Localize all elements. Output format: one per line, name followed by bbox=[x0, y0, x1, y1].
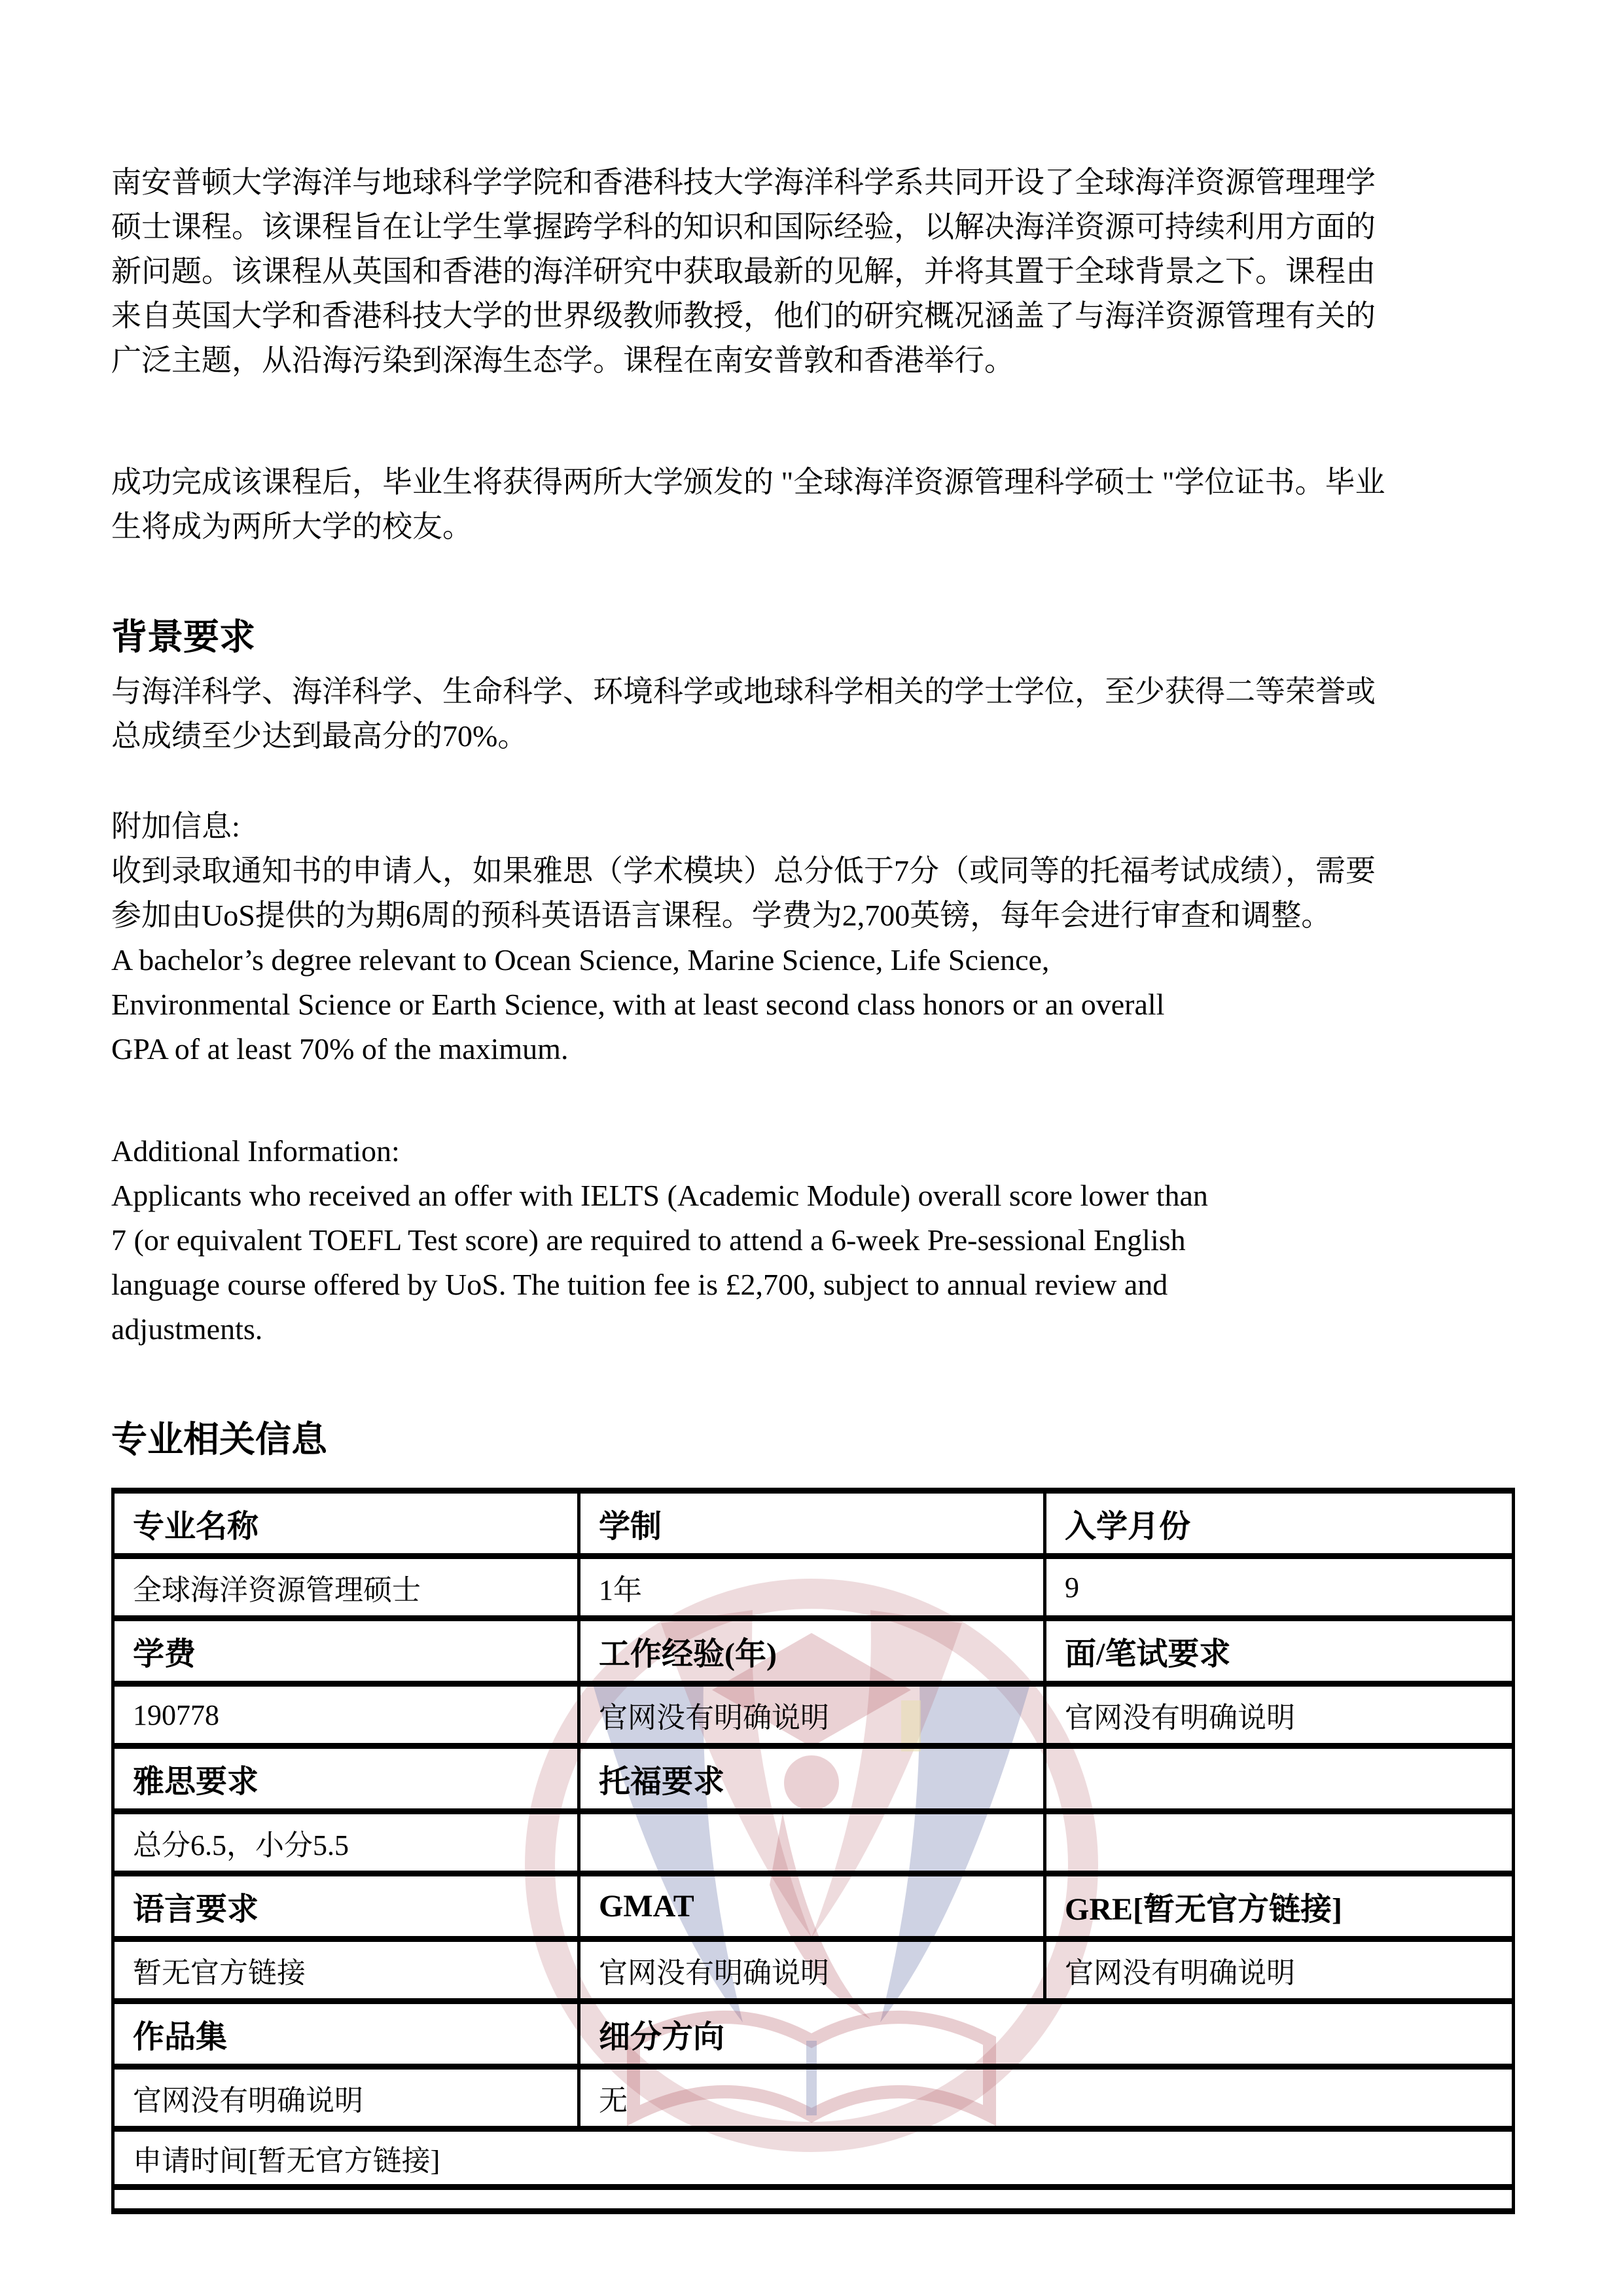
text-line: language course offered by UoS. The tuit… bbox=[111, 1263, 1512, 1307]
text-line: 总成绩至少达到最高分的70%。 bbox=[111, 714, 1512, 759]
table-header-cell-work-experience: 工作经验(年) bbox=[579, 1619, 1045, 1684]
background-requirements-paragraph: 与海洋科学、海洋科学、生命科学、环境科学或地球科学相关的学士学位，至少获得二等荣… bbox=[111, 670, 1512, 759]
table-header-row: 专业名称 学制 入学月份 bbox=[113, 1491, 1514, 1556]
table-cell-gre-value: 官网没有明确说明 bbox=[1045, 1939, 1514, 2001]
table-row: 暂无官方链接 官网没有明确说明 官网没有明确说明 bbox=[113, 1939, 1514, 2001]
text-line: 新问题。该课程从英国和香港的海洋研究中获取最新的见解，并将其置于全球背景之下。课… bbox=[111, 249, 1512, 294]
table-header-cell-blank bbox=[1045, 1746, 1514, 1812]
table-header-cell-program-name: 专业名称 bbox=[113, 1491, 579, 1556]
text-line: 南安普顿大学海洋与地球科学学院和香港科技大学海洋科学系共同开设了全球海洋资源管理… bbox=[111, 160, 1512, 205]
table-cell-gmat-value: 官网没有明确说明 bbox=[579, 1939, 1045, 2001]
text-line: GPA of at least 70% of the maximum. bbox=[111, 1027, 1512, 1071]
text-line: 生将成为两所大学的校友。 bbox=[111, 505, 1512, 549]
table-row: 190778 官网没有明确说明 官网没有明确说明 bbox=[113, 1684, 1514, 1746]
table-header-cell-duration: 学制 bbox=[579, 1491, 1045, 1556]
table-cell-portfolio-value: 官网没有明确说明 bbox=[113, 2067, 579, 2129]
table-header-row: 语言要求 GMAT GRE[暂无官方链接] bbox=[113, 1874, 1514, 1939]
table-cell-empty bbox=[113, 2187, 1514, 2212]
table-row-application-time: 申请时间[暂无官方链接] bbox=[113, 2129, 1514, 2187]
section-heading-background-requirements: 背景要求 bbox=[111, 615, 1512, 660]
table-header-cell-portfolio: 作品集 bbox=[113, 2001, 579, 2067]
text-line: Applicants who received an offer with IE… bbox=[111, 1174, 1512, 1218]
table-cell-program-name-value: 全球海洋资源管理硕士 bbox=[113, 1556, 579, 1619]
program-info-table: 专业名称 学制 入学月份 全球海洋资源管理硕士 1年 9 学费 工作经验(年) … bbox=[111, 1488, 1515, 2214]
table-header-cell-gre: GRE[暂无官方链接] bbox=[1045, 1874, 1514, 1939]
document-page: 南安普顿大学海洋与地球科学学院和香港科技大学海洋科学系共同开设了全球海洋资源管理… bbox=[0, 0, 1623, 2296]
degree-award-paragraph: 成功完成该课程后，毕业生将获得两所大学颁发的 "全球海洋资源管理科学硕士 "学位… bbox=[111, 460, 1512, 549]
table-header-cell-language-requirement: 语言要求 bbox=[113, 1874, 579, 1939]
text-line: 硕士课程。该课程旨在让学生掌握跨学科的知识和国际经验，以解决海洋资源可持续利用方… bbox=[111, 205, 1512, 249]
text-line: 收到录取通知书的申请人，如果雅思（学术模块）总分低于7分（或同等的托福考试成绩）… bbox=[111, 849, 1512, 893]
table-cell-application-time: 申请时间[暂无官方链接] bbox=[113, 2129, 1514, 2187]
table-cell-specialization-value: 无 bbox=[579, 2067, 1514, 2129]
table-cell-intake-month-value: 9 bbox=[1045, 1556, 1514, 1619]
text-line: A bachelor’s degree relevant to Ocean Sc… bbox=[111, 938, 1512, 982]
table-header-cell-interview-requirement: 面/笔试要求 bbox=[1045, 1619, 1514, 1684]
table-header-row: 雅思要求 托福要求 bbox=[113, 1746, 1514, 1812]
additional-info-cn-label: 附加信息: bbox=[111, 804, 1512, 849]
text-line: Environmental Science or Earth Science, … bbox=[111, 982, 1512, 1027]
table-header-cell-specialization: 细分方向 bbox=[579, 2001, 1514, 2067]
additional-info-cn-paragraph: 附加信息: 收到录取通知书的申请人，如果雅思（学术模块）总分低于7分（或同等的托… bbox=[111, 804, 1512, 1071]
table-header-row: 学费 工作经验(年) 面/笔试要求 bbox=[113, 1619, 1514, 1684]
table-header-cell-gmat: GMAT bbox=[579, 1874, 1045, 1939]
table-cell-ielts-value: 总分6.5，小分5.5 bbox=[113, 1812, 579, 1874]
table-cell-tuition-value: 190778 bbox=[113, 1684, 579, 1746]
table-cell-blank bbox=[1045, 1812, 1514, 1874]
table-header-cell-tuition: 学费 bbox=[113, 1619, 579, 1684]
text-line: 与海洋科学、海洋科学、生命科学、环境科学或地球科学相关的学士学位，至少获得二等荣… bbox=[111, 670, 1512, 714]
table-header-cell-intake-month: 入学月份 bbox=[1045, 1491, 1514, 1556]
text-line: 7 (or equivalent TOEFL Test score) are r… bbox=[111, 1218, 1512, 1263]
document-content: 南安普顿大学海洋与地球科学学院和香港科技大学海洋科学系共同开设了全球海洋资源管理… bbox=[111, 0, 1512, 2214]
text-line: 来自英国大学和香港科技大学的世界级教师教授，他们的研究概况涵盖了与海洋资源管理有… bbox=[111, 294, 1512, 338]
text-line: adjustments. bbox=[111, 1307, 1512, 1352]
table-row: 官网没有明确说明 无 bbox=[113, 2067, 1514, 2129]
table-row-empty bbox=[113, 2187, 1514, 2212]
table-cell-interview-requirement-value: 官网没有明确说明 bbox=[1045, 1684, 1514, 1746]
table-cell-duration-value: 1年 bbox=[579, 1556, 1045, 1619]
table-cell-work-experience-value: 官网没有明确说明 bbox=[579, 1684, 1045, 1746]
table-row: 总分6.5，小分5.5 bbox=[113, 1812, 1514, 1874]
table-row: 全球海洋资源管理硕士 1年 9 bbox=[113, 1556, 1514, 1619]
text-line: 参加由UoS提供的为期6周的预科英语语言课程。学费为2,700英镑，每年会进行审… bbox=[111, 893, 1512, 938]
table-cell-language-requirement-value: 暂无官方链接 bbox=[113, 1939, 579, 2001]
table-header-row: 作品集 细分方向 bbox=[113, 2001, 1514, 2067]
table-header-cell-ielts: 雅思要求 bbox=[113, 1746, 579, 1812]
table-header-cell-toefl: 托福要求 bbox=[579, 1746, 1045, 1812]
section-heading-program-info: 专业相关信息 bbox=[111, 1417, 1512, 1463]
table-cell-toefl-value bbox=[579, 1812, 1045, 1874]
text-line: 成功完成该课程后，毕业生将获得两所大学颁发的 "全球海洋资源管理科学硕士 "学位… bbox=[111, 460, 1512, 505]
additional-info-en-paragraph: Additional Information: Applicants who r… bbox=[111, 1129, 1512, 1352]
text-line: 广泛主题，从沿海污染到深海生态学。课程在南安普敦和香港举行。 bbox=[111, 338, 1512, 383]
additional-info-en-label: Additional Information: bbox=[111, 1129, 1512, 1174]
intro-paragraph: 南安普顿大学海洋与地球科学学院和香港科技大学海洋科学系共同开设了全球海洋资源管理… bbox=[111, 160, 1512, 383]
